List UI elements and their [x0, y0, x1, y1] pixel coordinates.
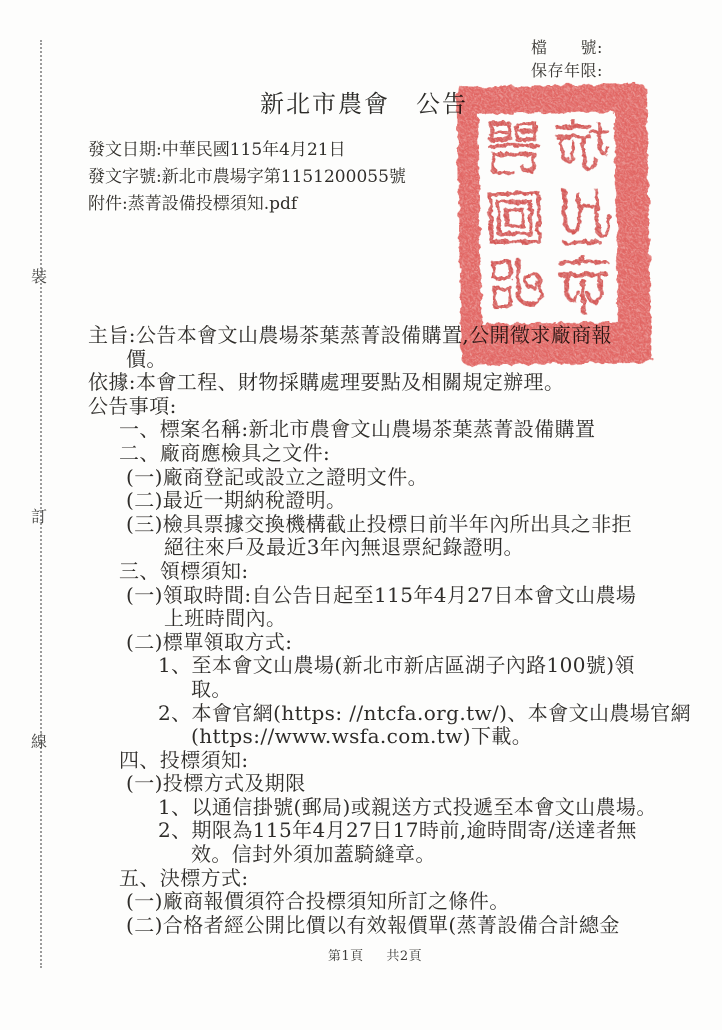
footer-page-number: 第1頁: [328, 949, 364, 964]
archive-block: 檔 號: 保存年限:: [531, 36, 603, 82]
body-line: (二)標單領取方式:: [88, 631, 688, 655]
file-number-label: 檔 號:: [531, 36, 603, 59]
body-line: 取。: [88, 678, 688, 702]
body-line: 公告事項:: [88, 395, 688, 419]
binding-mark: 線: [31, 733, 47, 751]
body-line: 效。信封外須加蓋騎縫章。: [88, 843, 688, 867]
meta-line: 附件:蒸菁設備投標須知.pdf: [88, 191, 406, 218]
body-line: (二)合格者經公開比價以有效報價單(蒸菁設備合計總金: [88, 914, 688, 938]
body-line: (二)最近一期納稅證明。: [88, 489, 688, 513]
body-line: 1、至本會文山農場(新北市新店區湖子內路100號)領: [88, 654, 688, 678]
body-line: (一)投標方式及期限: [88, 772, 688, 796]
body-line: 五、決標方式:: [88, 867, 688, 891]
body-line: (一)領取時間:自公告日起至115年4月27日本會文山農場: [88, 584, 688, 608]
page-footer: 第1頁 共2頁: [0, 945, 722, 964]
body-line: (一)廠商登記或設立之證明文件。: [88, 466, 688, 490]
body-line: 2、期限為115年4月27日17時前,逾時間寄/送達者無: [88, 819, 688, 843]
body-line: 一、標案名稱:新北市農會文山農場茶葉蒸菁設備購置: [88, 418, 688, 442]
document-title: 新北市農會 公告: [260, 84, 468, 119]
seal-graphic: [454, 81, 653, 368]
meta-line: 發文字號:新北市農場字第1151200055號: [88, 164, 406, 191]
meta-line: 發文日期:中華民國115年4月21日: [88, 137, 406, 164]
scanned-announcement-page: 裝訂線 檔 號: 保存年限: 新北市農會 公告 發文日期:中華民國115年4月2…: [0, 0, 722, 1030]
binding-mark: 訂: [31, 508, 47, 526]
body-line: 上班時間內。: [88, 607, 688, 631]
body-line: 四、投標須知:: [88, 749, 688, 773]
body-line: (https://www.wsfa.com.tw)下載。: [88, 725, 688, 749]
retention-period-label: 保存年限:: [531, 59, 603, 82]
body-line: (一)廠商報價須符合投標須知所訂之條件。: [88, 890, 688, 914]
official-seal: [454, 81, 653, 368]
body-line: 2、本會官網(https: //ntcfa.org.tw/)、本會文山農場官網: [88, 702, 688, 726]
body-line: 依據:本會工程、財物採購處理要點及相關規定辦理。: [88, 371, 688, 395]
body-line: 1、以通信掛號(郵局)或親送方式投遞至本會文山農場。: [88, 796, 688, 820]
footer-total-pages: 共2頁: [386, 949, 422, 964]
seal-texture: [456, 83, 651, 366]
binding-dotted-line: [40, 40, 42, 968]
body-line: 三、領標須知:: [88, 560, 688, 584]
document-body: 主旨:公告本會文山農場茶葉蒸菁設備購置,公開徵求廠商報價。依據:本會工程、財物採…: [88, 324, 688, 937]
meta-block: 發文日期:中華民國115年4月21日發文字號:新北市農場字第1151200055…: [88, 137, 406, 218]
body-line: 二、廠商應檢具之文件:: [88, 442, 688, 466]
body-line: (三)檢具票據交換機構截止投標日前半年內所出具之非拒: [88, 513, 688, 537]
body-line: 絕往來戶及最近3年內無退票紀錄證明。: [88, 536, 688, 560]
binding-mark: 裝: [31, 268, 47, 286]
